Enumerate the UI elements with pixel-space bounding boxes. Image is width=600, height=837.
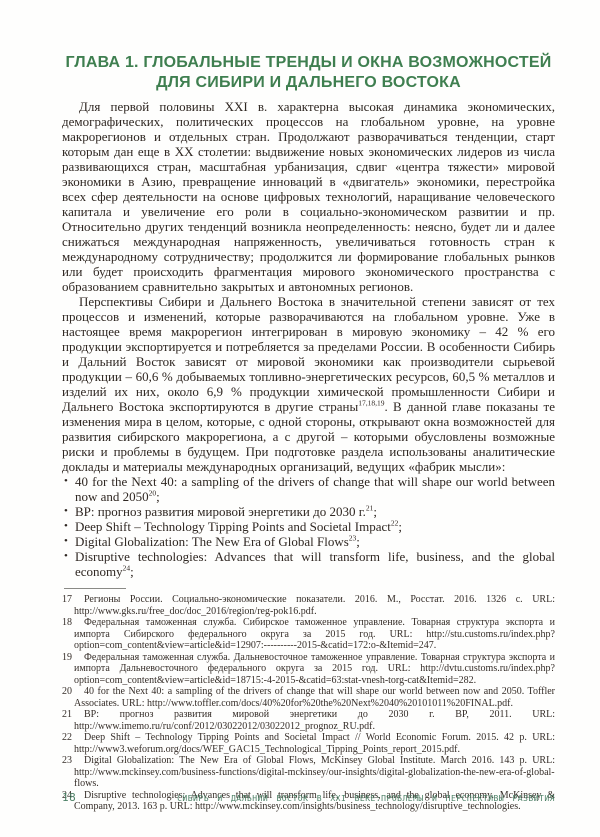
- footnote-text: 40 for the Next 40: a sampling of the dr…: [74, 686, 555, 709]
- bullet-text: Digital Globalization: The New Era of Gl…: [75, 534, 349, 549]
- bullet-tail: ;: [373, 504, 377, 519]
- footnote: 2040 for the Next 40: a sampling of the …: [62, 686, 555, 709]
- bullet-tail: ;: [156, 489, 160, 504]
- footnote-number: 18: [62, 617, 72, 628]
- book-page: ГЛАВА 1. ГЛОБАЛЬНЫЕ ТРЕНДЫ И ОКНА ВОЗМОЖ…: [0, 0, 600, 837]
- bullet-item: Disruptive technologies: Advances that w…: [62, 549, 555, 579]
- footnote: 22Deep Shift – Technology Tipping Points…: [62, 732, 555, 755]
- footnote: 17Регионы России. Социально-экономически…: [62, 594, 555, 617]
- footnote-text: Федеральная таможенная служба. Сибирское…: [74, 617, 555, 651]
- footnote-text: Digital Globalization: The New Era of Gl…: [74, 755, 555, 789]
- bullet-text: Disruptive technologies: Advances that w…: [75, 549, 555, 579]
- chapter-title: ГЛАВА 1. ГЛОБАЛЬНЫЕ ТРЕНДЫ И ОКНА ВОЗМОЖ…: [62, 53, 555, 93]
- page-number: 18: [62, 791, 76, 804]
- footnote-text: Федеральная таможенная служба. Дальневос…: [74, 652, 555, 686]
- bullet-item: Deep Shift – Technology Tipping Points a…: [62, 519, 555, 534]
- footnote-number: 20: [62, 686, 72, 697]
- running-title: СИБИРЬ И ДАЛЬНИЙ ВОСТОК В XXI ВЕКЕ:ПРОБЛ…: [177, 794, 555, 803]
- footnotes-block: 17Регионы России. Социально-экономически…: [62, 594, 555, 813]
- page-footer: 18 СИБИРЬ И ДАЛЬНИЙ ВОСТОК В XXI ВЕКЕ:ПР…: [62, 791, 555, 804]
- footnote-text: Регионы России. Социально-экономические …: [74, 594, 555, 617]
- bullet-tail: ;: [356, 534, 360, 549]
- sources-bullet-list: 40 for the Next 40: a sampling of the dr…: [62, 474, 555, 579]
- paragraph-prospects: Перспективы Сибири и Дальнего Востока в …: [62, 294, 555, 474]
- footnote: 21BP: прогноз развития мировой энергетик…: [62, 709, 555, 732]
- footnote-number: 19: [62, 652, 72, 663]
- footnote-number: 17: [62, 594, 72, 605]
- bullet-text: Deep Shift – Technology Tipping Points a…: [75, 519, 391, 534]
- bullet-item: 40 for the Next 40: a sampling of the dr…: [62, 474, 555, 504]
- bullet-text: BP: прогноз развития мировой энергетики …: [75, 504, 366, 519]
- footnote-text: Deep Shift – Technology Tipping Points a…: [74, 732, 555, 755]
- footnote-number: 22: [62, 732, 72, 743]
- paragraph-text: Перспективы Сибири и Дальнего Востока в …: [62, 294, 555, 414]
- footnote-number: 21: [62, 709, 72, 720]
- bullet-tail: ;: [398, 519, 402, 534]
- paragraph-intro: Для первой половины XXI в. характерна вы…: [62, 99, 555, 294]
- bullet-text: 40 for the Next 40: a sampling of the dr…: [75, 474, 555, 504]
- footnote-ref: 17,18,19: [358, 399, 384, 408]
- footnote-divider: [64, 588, 126, 589]
- paragraph-text: Для первой половины XXI в. характерна вы…: [62, 99, 555, 294]
- chapter-title-line-1: ГЛАВА 1. ГЛОБАЛЬНЫЕ ТРЕНДЫ И ОКНА ВОЗМОЖ…: [62, 53, 555, 73]
- footnote-text: BP: прогноз развития мировой энергетики …: [74, 709, 555, 732]
- footnote: 18Федеральная таможенная служба. Сибирск…: [62, 617, 555, 652]
- chapter-title-line-2: ДЛЯ СИБИРИ И ДАЛЬНЕГО ВОСТОКА: [62, 73, 555, 93]
- bullet-item: Digital Globalization: The New Era of Gl…: [62, 534, 555, 549]
- bullet-item: BP: прогноз развития мировой энергетики …: [62, 504, 555, 519]
- bullet-tail: ;: [130, 564, 134, 579]
- footnote: 23Digital Globalization: The New Era of …: [62, 755, 555, 790]
- footnote-number: 23: [62, 755, 72, 766]
- footnote: 19Федеральная таможенная служба. Дальнев…: [62, 652, 555, 687]
